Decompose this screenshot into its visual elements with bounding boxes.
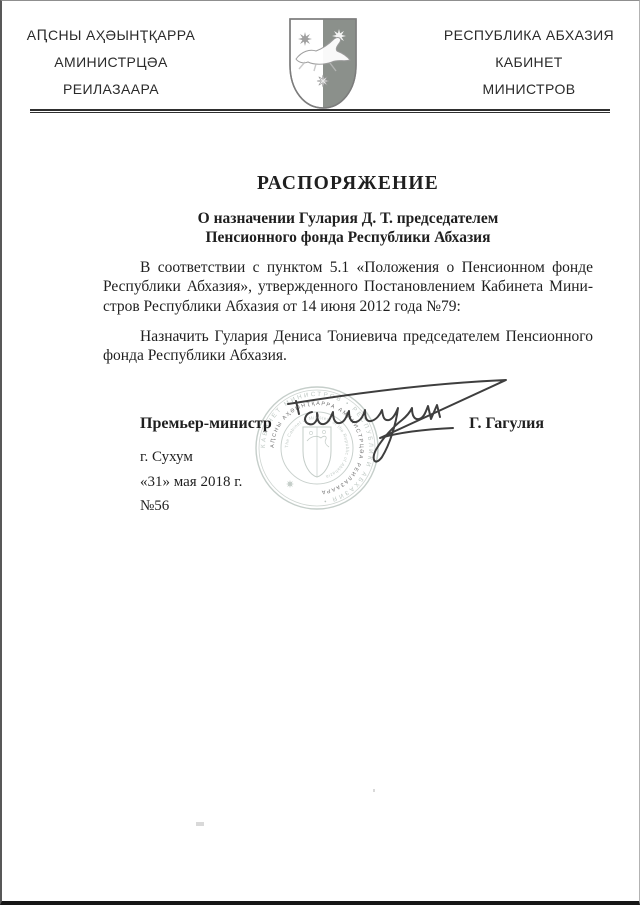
paragraph-line: стров Республики Абхазия от 14 июня 2012…: [103, 297, 593, 316]
header-divider: [30, 109, 610, 113]
signature-scribble: [276, 374, 514, 476]
letterhead-line: КАБИНЕТ: [420, 49, 638, 76]
document-title: РАСПОРЯЖЕНИЕ: [103, 173, 593, 195]
issue-date: «31» мая 2018 г.: [140, 470, 242, 495]
letterhead-line: РЕСПУБЛИКА АБХАЗИЯ: [420, 22, 638, 49]
body-paragraph: В соответствии с пунктом 5.1 «Положения …: [103, 258, 593, 316]
issue-number: №56: [140, 494, 242, 519]
paragraph-line: В соответствии с пунктом 5.1 «Положения …: [103, 258, 593, 277]
letterhead-line: АМИНИСТРЦӘА: [4, 49, 218, 76]
letterhead-line: АԤСНЫ АҲӘЫНҬҚАРРА: [4, 22, 218, 49]
scan-speck: [196, 822, 204, 826]
letterhead-abkhaz: АԤСНЫ АҲӘЫНҬҚАРРА АМИНИСТРЦӘА РЕИЛАЗААРА: [4, 22, 218, 103]
paragraph-line: Назначить Гулария Дениса Тониевича предс…: [103, 327, 593, 346]
document-subtitle: О назначении Гулария Д. Т. председателем…: [103, 210, 593, 247]
body-paragraph: Назначить Гулария Дениса Тониевича предс…: [103, 327, 593, 366]
scan-speck: [373, 789, 375, 792]
subtitle-line: О назначении Гулария Д. Т. председателем: [103, 210, 593, 229]
issue-details: г. Сухум «31» мая 2018 г. №56: [140, 445, 242, 519]
signer-role: Премьер-министр: [140, 415, 272, 433]
subtitle-line: Пенсионного фонда Республики Абхазия: [103, 229, 593, 248]
letterhead-line: РЕИЛАЗААРА: [4, 76, 218, 103]
issue-place: г. Сухум: [140, 445, 242, 470]
letterhead-line: МИНИСТРОВ: [420, 76, 638, 103]
seal-star-icon: [284, 478, 295, 489]
document-page: АԤСНЫ АҲӘЫНҬҚАРРА АМИНИСТРЦӘА РЕИЛАЗААРА…: [0, 0, 640, 905]
letterhead-russian: РЕСПУБЛИКА АБХАЗИЯ КАБИНЕТ МИНИСТРОВ: [420, 22, 638, 103]
coat-of-arms-icon: [283, 15, 363, 112]
paragraph-line: фонда Республики Абхазия.: [103, 346, 593, 365]
paragraph-line: Республики Абхазия», утвержденного Поста…: [103, 277, 593, 296]
